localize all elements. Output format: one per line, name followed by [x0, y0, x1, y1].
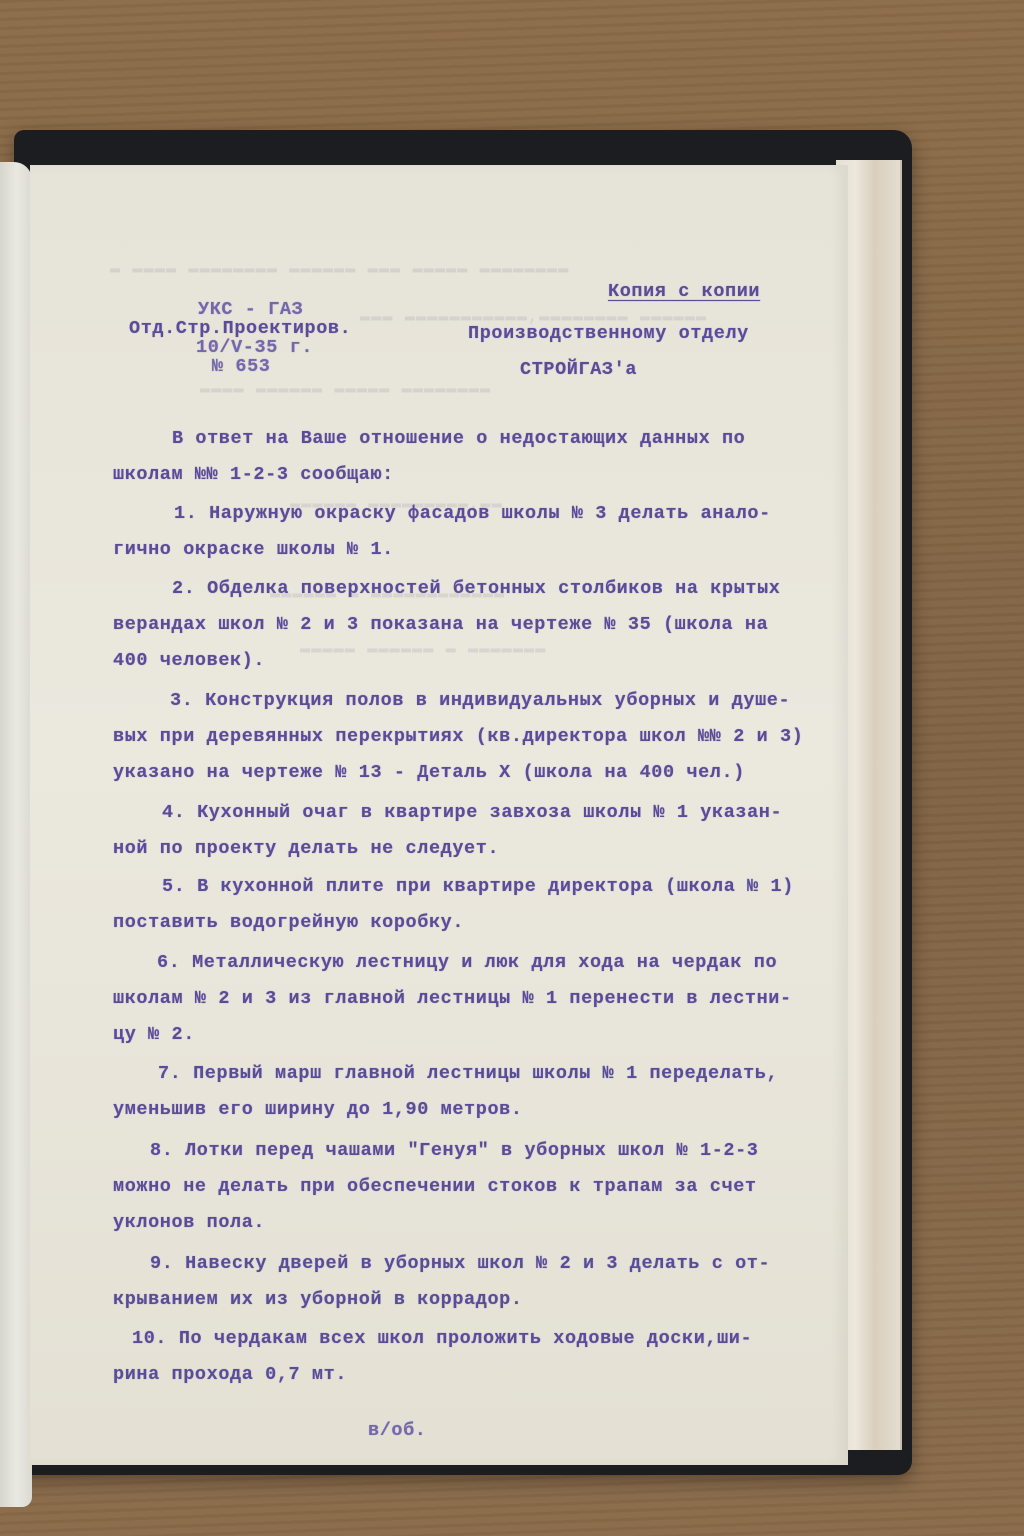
- item-4: 4. Кухонный очаг в квартире завхоза школ…: [162, 802, 782, 823]
- item-2: 2. Обделка поверхностей бетонных столбик…: [172, 578, 781, 599]
- sender-date: 10/V-35 г.: [196, 337, 313, 358]
- item-line: Кухонный очаг в квартире завхоза школы №…: [197, 802, 782, 823]
- item-line: Навеску дверей в уборных школ № 2 и 3 де…: [185, 1253, 770, 1274]
- item-6-cont: школам № 2 и 3 из главной лестницы № 1 п…: [113, 988, 792, 1009]
- item-line: В кухонной плите при квартире директора …: [197, 876, 794, 897]
- item-8: 8. Лотки перед чашами "Генуя" в уборных …: [150, 1140, 759, 1161]
- item-7: 7. Первый марш главной лестницы школы № …: [158, 1063, 778, 1084]
- footer-mark: в/об.: [368, 1420, 427, 1441]
- sender-org: УКС - ГАЗ: [198, 299, 303, 320]
- copy-label: Копия с копии: [608, 281, 760, 302]
- item-line: Металлическую лестницу и люк для хода на…: [192, 952, 777, 973]
- recipient-line1: Производственному отделу: [468, 323, 749, 344]
- item-6: 6. Металлическую лестницу и люк для хода…: [157, 952, 777, 973]
- item-number: 5.: [162, 876, 185, 897]
- bleed-through-text: ▬▬▬▬ ▬▬▬▬▬▬ ▬▬▬▬▬ ▬▬▬▬▬▬▬▬: [200, 380, 491, 399]
- item-number: 9.: [150, 1253, 173, 1274]
- item-number: 4.: [162, 802, 185, 823]
- item-4-cont: ной по проекту делать не следует.: [113, 838, 499, 859]
- item-7-cont: уменьшив его ширину до 1,90 метров.: [113, 1099, 523, 1120]
- item-6-cont: цу № 2.: [113, 1024, 195, 1045]
- item-2-cont: верандах школ № 2 и 3 показана на чертеж…: [113, 614, 768, 635]
- item-number: 10.: [132, 1328, 167, 1349]
- item-10: 10. По чердакам всех школ проложить ходо…: [132, 1328, 752, 1349]
- item-line: По чердакам всех школ проложить ходовые …: [179, 1328, 752, 1349]
- item-line: Конструкция полов в индивидуальных уборн…: [205, 690, 790, 711]
- item-number: 7.: [158, 1063, 181, 1084]
- bleed-through-text: ▬ ▬▬▬▬ ▬▬▬▬▬▬▬▬ ▬▬▬▬▬▬ ▬▬▬ ▬▬▬▬▬ ▬▬▬▬▬▬▬…: [110, 260, 569, 279]
- item-8-cont: уклонов пола.: [113, 1212, 265, 1233]
- item-number: 6.: [157, 952, 180, 973]
- item-line: Лотки перед чашами "Генуя" в уборных шко…: [185, 1140, 758, 1161]
- item-number: 1.: [174, 503, 197, 524]
- bleed-through-text: ▬▬▬▬▬ ▬▬▬▬▬▬ ▬ ▬▬▬▬▬▬▬: [300, 640, 546, 659]
- item-line: Первый марш главной лестницы школы № 1 п…: [193, 1063, 778, 1084]
- recipient-line2: СТРОЙГАЗ'а: [520, 359, 637, 380]
- item-9: 9. Навеску дверей в уборных школ № 2 и 3…: [150, 1253, 770, 1274]
- left-page-curl: [0, 162, 32, 1507]
- sender-number: № 653: [212, 356, 271, 377]
- item-1-cont: гично окраске школы № 1.: [113, 539, 394, 560]
- intro-line-2: школам №№ 1-2-3 сообщаю:: [113, 464, 394, 485]
- item-number: 2.: [172, 578, 195, 599]
- item-3: 3. Конструкция полов в индивидуальных уб…: [170, 690, 790, 711]
- item-2-cont: 400 человек).: [113, 650, 265, 671]
- intro-line-1: В ответ на Ваше отношение о недостающих …: [172, 428, 745, 449]
- item-1: 1. Наружную окраску фасадов школы № 3 де…: [174, 503, 771, 524]
- item-number: 8.: [150, 1140, 173, 1161]
- item-number: 3.: [170, 690, 193, 711]
- item-8-cont: можно не делать при обеспечении стоков к…: [113, 1176, 757, 1197]
- item-9-cont: крыванием их из уборной в коррадор.: [113, 1289, 523, 1310]
- item-3-cont: указано на чертеже № 13 - Деталь X (школ…: [113, 762, 745, 783]
- item-line: Обделка поверхностей бетонных столбиков …: [207, 578, 780, 599]
- item-5: 5. В кухонной плите при квартире директо…: [162, 876, 794, 897]
- sender-dept: Отд.Стр.Проектиров.: [129, 318, 351, 339]
- item-5-cont: поставить водогрейную коробку.: [113, 912, 464, 933]
- item-10-cont: рина прохода 0,7 мт.: [113, 1364, 347, 1385]
- item-3-cont: вых при деревянных перекрытиях (кв.дирек…: [113, 726, 803, 747]
- item-line: Наружную окраску фасадов школы № 3 делат…: [209, 503, 771, 524]
